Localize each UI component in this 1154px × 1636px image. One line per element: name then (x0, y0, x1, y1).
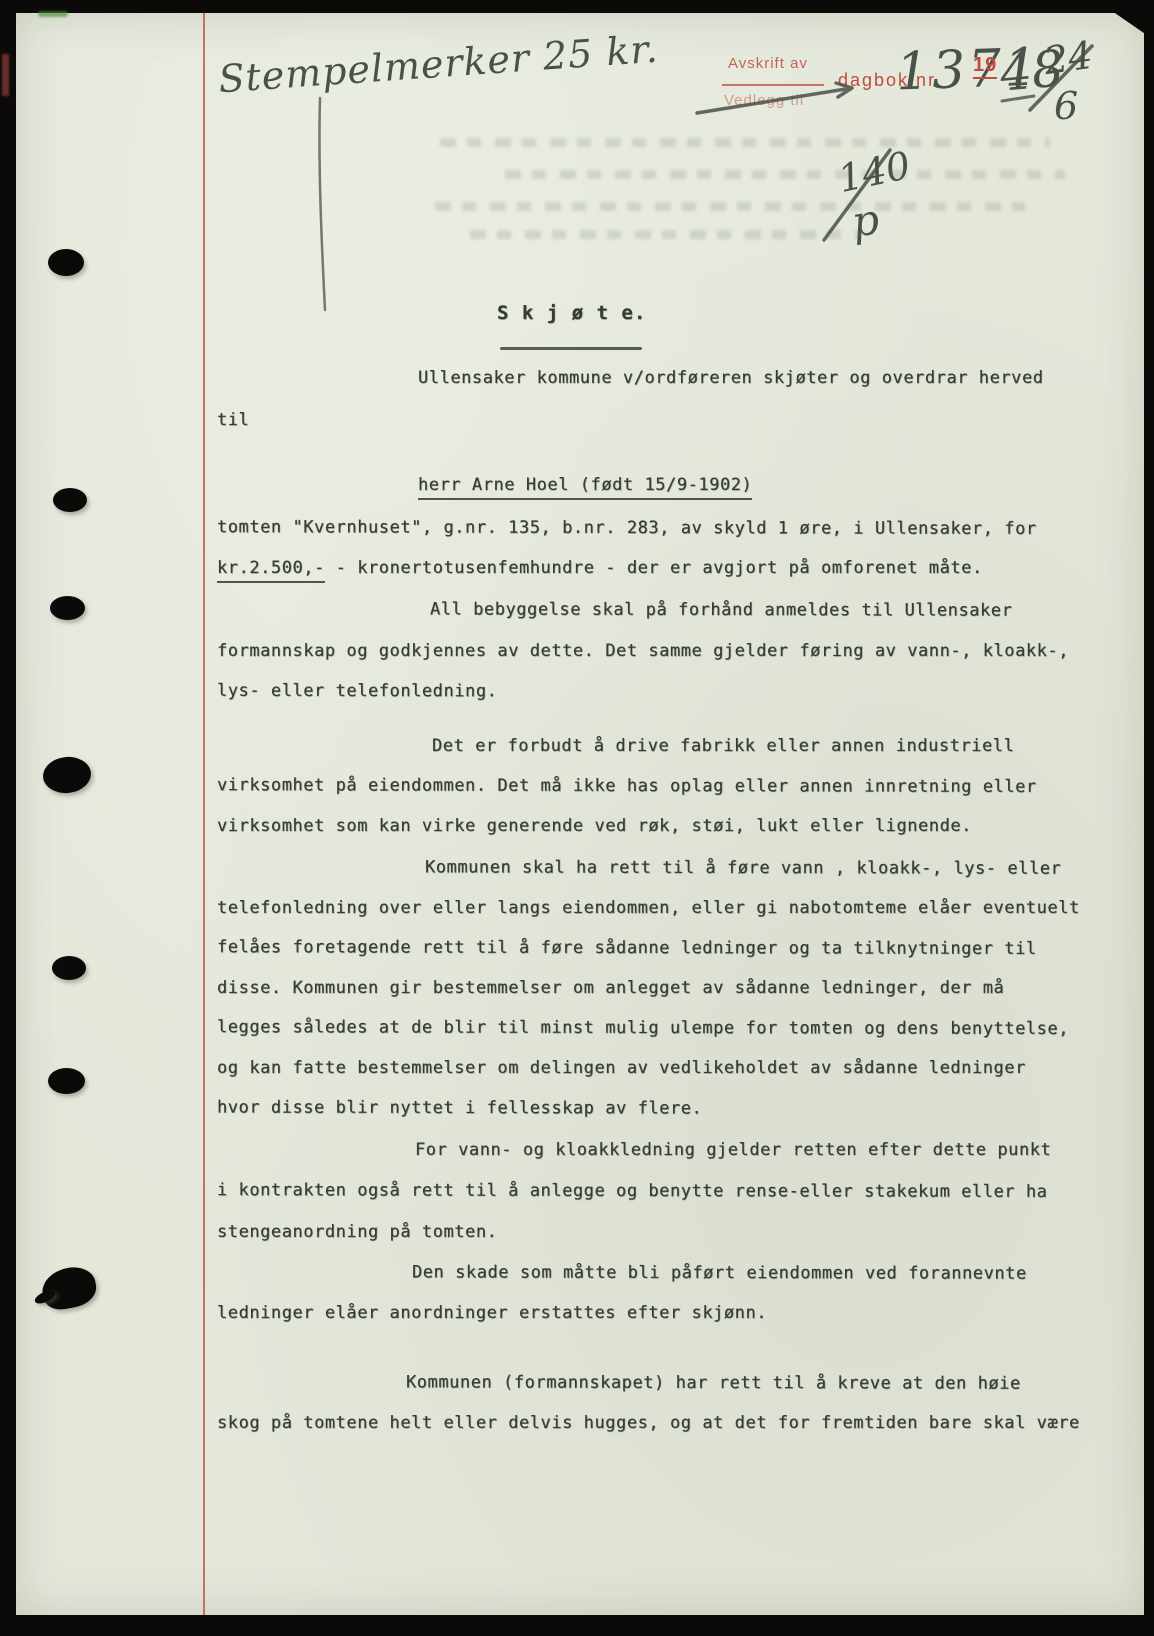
bleedthrough-line (505, 170, 1065, 179)
typed-line: skog på tomtene helt eller delvis hugges… (217, 1413, 1080, 1433)
bleedthrough-line (440, 138, 1050, 147)
punch-hole (48, 249, 84, 276)
typed-line: lys- eller telefonledning. (217, 681, 497, 702)
typed-line: felåes foretagende rett til å føre sådan… (217, 937, 1037, 959)
punch-hole (53, 488, 87, 512)
document-title: S k j ø t e. (497, 302, 646, 324)
typed-line: disse. Kommunen gir bestemmelser om anle… (217, 978, 1004, 998)
typed-line: i kontrakten også rett til å anlegge og … (217, 1180, 1047, 1202)
typed-line: virksomhet som kan virke generende ved r… (217, 816, 972, 836)
typed-line: Kommunen (formannskapet) har rett til å … (406, 1372, 1021, 1393)
stamp-vedlegg-til: Vedlegg til (724, 92, 804, 109)
scanned-document-page: Stempelmerker 25 kr. Avskrift av Vedlegg… (0, 0, 1154, 1636)
typed-line: legges således at de blir til minst muli… (217, 1017, 1069, 1039)
punch-hole (52, 956, 86, 980)
stamp-avskrift-av: Avskrift av (728, 55, 808, 72)
typed-line: formannskap og godkjennes av dette. Det … (217, 641, 1069, 661)
bleedthrough-line (435, 202, 1025, 211)
title-underline (500, 347, 642, 350)
stamp-divider-line (722, 84, 824, 86)
typed-line: Ullensaker kommune v/ordføreren skjøter … (418, 368, 1044, 388)
typed-line: All bebyggelse skal på forhånd anmeldes … (430, 599, 1012, 620)
typed-line: virksomhet på eiendommen. Det må ikke ha… (217, 775, 1037, 797)
grantee-name: herr Arne Hoel (født 15/9-1902) (418, 475, 752, 500)
printed-year-prefix: 19 (973, 54, 997, 79)
typed-line: Kommunen skal ha rett til å føre vann , … (425, 857, 1061, 878)
handwritten-day: 24 (1041, 33, 1095, 83)
typed-line: stengeanordning på tomten. (217, 1222, 497, 1242)
typed-line: herr Arne Hoel (født 15/9-1902) (418, 475, 752, 495)
typed-line: hvor disse blir nyttet i fellesskap av f… (217, 1097, 702, 1118)
price-underlined: kr.2.500,- (217, 558, 325, 583)
red-edge-mark (2, 54, 9, 96)
green-edge-mark (38, 11, 68, 17)
typed-line: tomten "Kvernhuset", g.nr. 135, b.nr. 28… (217, 517, 1037, 539)
handwritten-month: 6 (1054, 84, 1078, 128)
typed-line: telefonledning over eller langs eiendomm… (217, 898, 1080, 918)
paper-corner-cut (1096, 0, 1154, 40)
punch-hole (50, 596, 85, 620)
typed-line: ledninger elåer anordninger erstattes ef… (217, 1303, 767, 1323)
punch-hole (48, 1068, 85, 1094)
typed-line: til (217, 410, 249, 430)
typed-line: For vann- og kloakkledning gjelder rette… (415, 1140, 1051, 1160)
typed-line: og kan fatte bestemmelser om delingen av… (217, 1058, 1026, 1078)
typed-line: kr.2.500,- - kronertotusenfemhundre - de… (217, 558, 983, 578)
bleedthrough-line (470, 230, 860, 239)
typed-line: Den skade som måtte bli påført eiendomme… (412, 1262, 1027, 1283)
price-rest: - kronertotusenfemhundre - der er avgjor… (325, 558, 983, 578)
red-margin-line (203, 13, 205, 1615)
typed-line: Det er forbudt å drive fabrikk eller ann… (432, 736, 1014, 756)
